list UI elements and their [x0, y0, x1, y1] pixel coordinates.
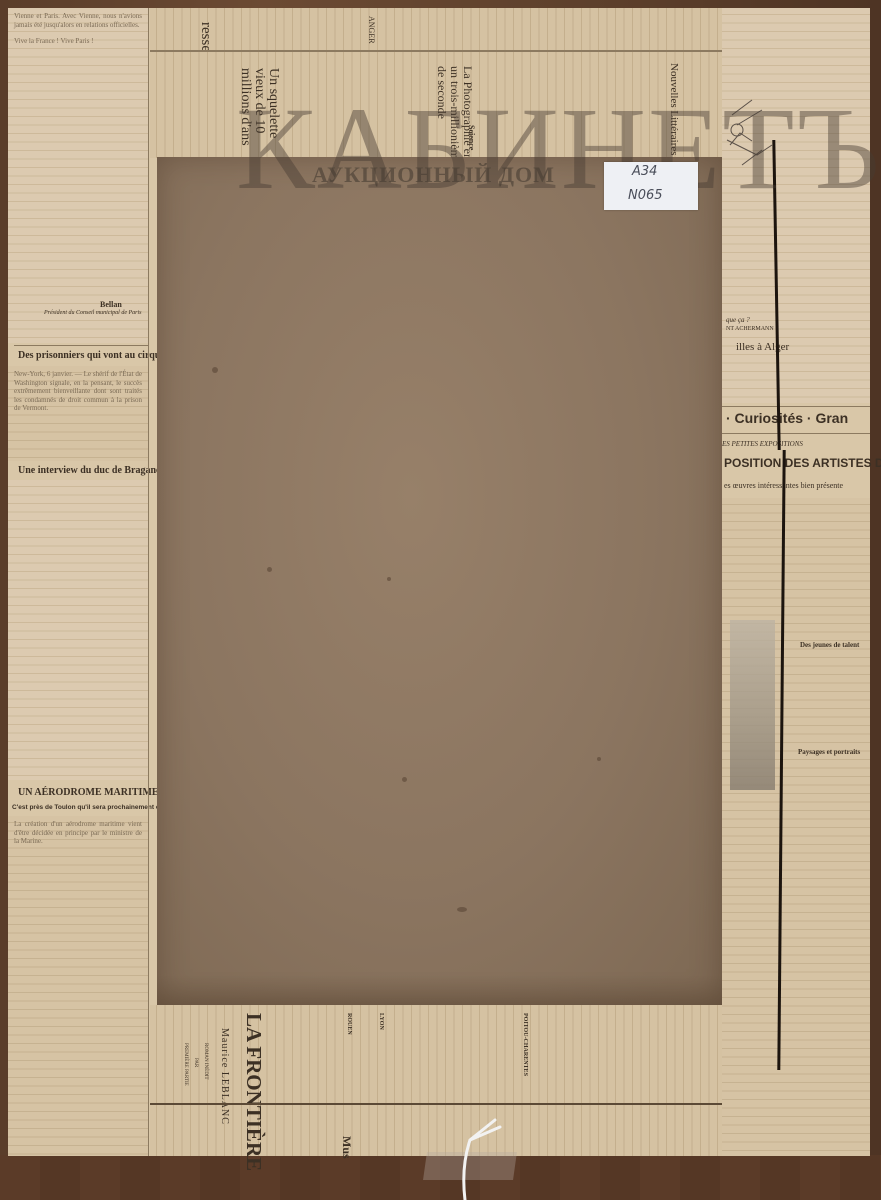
right-article-expositions: [722, 498, 870, 1156]
divider: [722, 406, 870, 407]
column-rule: [148, 8, 149, 1156]
headline-resse: resse: [197, 22, 214, 52]
stain: [212, 367, 218, 373]
stain: [402, 777, 407, 782]
crease-line: [150, 1103, 722, 1105]
subhead-paysages: Paysages et portraits: [798, 748, 860, 756]
right-snippet-1: que ça ?: [726, 316, 750, 324]
headline-prisonniers: Des prisonniers qui vont au cirque: [18, 350, 165, 361]
left-snippet-4: La création d'un aérodrome maritime vien…: [8, 816, 148, 850]
left-article-aerodrome: La création d'un aérodrome maritime vien…: [8, 816, 148, 1156]
left-snippet-3: New-York, 6 janvier. — Le shérif de l'Ét…: [8, 366, 148, 417]
subhead-petites-expositions: ES PETITES EXPOSITIONS: [722, 440, 803, 448]
left-article-top: Vienne et Paris. Avec Vienne, nous n'avi…: [8, 8, 148, 343]
signature-title: Président du Conseil municipal de Paris: [44, 310, 142, 316]
divider: [150, 50, 725, 52]
left-article-prisonniers: New-York, 6 janvier. — Le shérif de l'Ét…: [8, 366, 148, 461]
left-snippet-1: Vienne et Paris. Avec Vienne, nous n'avi…: [8, 8, 148, 33]
headline-alger: illes à Alger: [736, 341, 789, 353]
stain: [597, 757, 601, 761]
par-label: PAR: [193, 1058, 198, 1067]
watermark-title: КАБИНЕТЪ: [236, 90, 881, 208]
stain: [387, 577, 391, 581]
cardboard-backing: [157, 157, 722, 1005]
bottom-strip: [150, 1005, 722, 1156]
subhead-jeunes-talent: Des jeunes de talent: [800, 641, 859, 649]
dateline-lyon: LYON: [378, 1013, 384, 1030]
label-lot-number: А34: [632, 164, 657, 179]
watermark-subtitle: АУКЦИОННЫЙ ДОМ: [312, 162, 555, 188]
dateline-rouen: ROUEN: [346, 1013, 352, 1035]
premiere-partie: PREMIÈRE PARTIE: [183, 1043, 188, 1086]
stain: [267, 567, 272, 572]
label-item-number: N065: [628, 188, 663, 203]
signature: Bellan: [100, 300, 122, 309]
headline-exposition-artistes: POSITION DES ARTISTES DE: [724, 456, 881, 470]
divider: [722, 433, 870, 434]
left-article-bragance: [8, 480, 148, 780]
headline-curiosites: · Curiosités · Gran: [726, 410, 848, 426]
headline-aerodrome: UN AÉRODROME MARITIME: [18, 787, 159, 798]
dateline-poitou: POITOU-CHARENTES: [522, 1013, 528, 1076]
divider: [14, 345, 148, 346]
roman-inedit: ROMAN INÉDIT: [203, 1043, 208, 1080]
headline-la-frontiere: LA FRONTIÈRE: [241, 1013, 266, 1171]
left-snippet-2: Vive la France ! Vive Paris !: [8, 33, 148, 50]
edge-shadow: [157, 975, 722, 1005]
hanging-string: [440, 1115, 510, 1200]
subheadline-aerodrome: C'est près de Toulon qu'il sera prochain…: [12, 804, 169, 811]
inventory-label: А34 N065: [604, 162, 698, 210]
stain: [457, 907, 467, 912]
headline-bragance: Une interview du duc de Bragance: [18, 465, 165, 476]
right-snippet-2: NT ACHERMANN: [726, 326, 774, 332]
author-leblanc: Maurice LEBLANC: [219, 1028, 230, 1125]
headline-anger: ANGER: [367, 16, 376, 44]
headline-mus: Mus: [339, 1136, 354, 1159]
engraving-illustration: [730, 620, 775, 790]
